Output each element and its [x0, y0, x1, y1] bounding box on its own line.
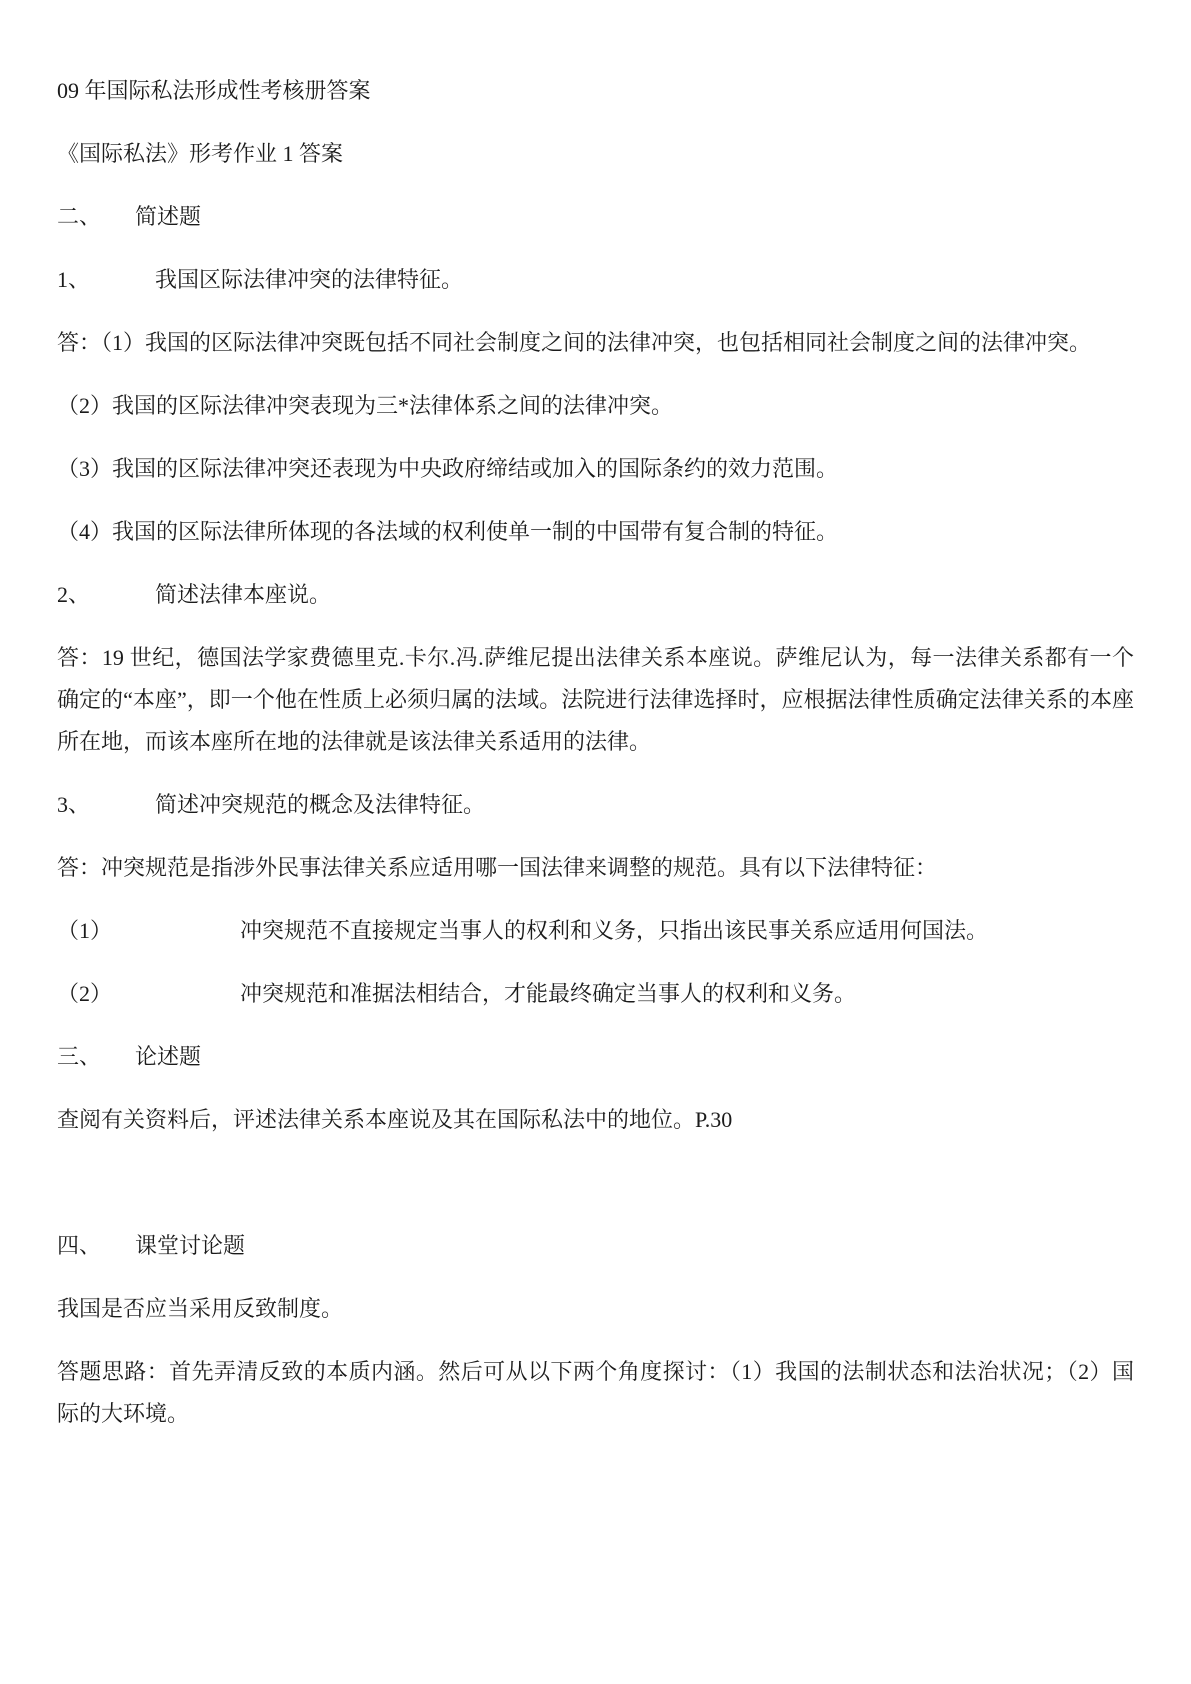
- section-heading-3: 三、 论述题: [57, 1036, 1134, 1078]
- question-1: 1、 我国区际法律冲突的法律特征。: [57, 259, 1134, 301]
- question-number: 2、: [57, 574, 155, 616]
- answer-item-1: （1） 冲突规范不直接规定当事人的权利和义务，只指出该民事关系应适用何国法。: [57, 910, 1134, 952]
- question-2: 2、 简述法律本座说。: [57, 574, 1134, 616]
- question-text: 简述法律本座说。: [155, 574, 1134, 616]
- doc-title: 09 年国际私法形成性考核册答案: [57, 70, 1134, 112]
- answer-item-2: （2） 冲突规范和准据法相结合，才能最终确定当事人的权利和义务。: [57, 973, 1134, 1015]
- question-text: 简述冲突规范的概念及法律特征。: [155, 784, 1134, 826]
- section-title: 课堂讨论题: [135, 1225, 1134, 1267]
- section-title: 简述题: [135, 196, 1134, 238]
- section-heading-4: 四、 课堂讨论题: [57, 1225, 1134, 1267]
- answer-point-3: （3）我国的区际法律冲突还表现为中央政府缔结或加入的国际条约的效力范围。: [57, 448, 1134, 490]
- discussion-question-text: 我国是否应当采用反致制度。: [57, 1288, 1134, 1330]
- section-number: 二、: [57, 196, 135, 238]
- question-3: 3、 简述冲突规范的概念及法律特征。: [57, 784, 1134, 826]
- section-number: 三、: [57, 1036, 135, 1078]
- item-text: 冲突规范不直接规定当事人的权利和义务，只指出该民事关系应适用何国法。: [240, 910, 1134, 952]
- question-number: 3、: [57, 784, 155, 826]
- answer-paragraph: 答：冲突规范是指涉外民事法律关系应适用哪一国法律来调整的规范。具有以下法律特征：: [57, 847, 1134, 889]
- section-heading-2: 二、 简述题: [57, 196, 1134, 238]
- item-number: （1）: [57, 910, 240, 952]
- answer-point-4: （4）我国的区际法律所体现的各法域的权利使单一制的中国带有复合制的特征。: [57, 511, 1134, 553]
- item-number: （2）: [57, 973, 240, 1015]
- question-number: 1、: [57, 259, 155, 301]
- section-title: 论述题: [135, 1036, 1134, 1078]
- document-page: 09 年国际私法形成性考核册答案 《国际私法》形考作业 1 答案 二、 简述题 …: [0, 0, 1191, 1684]
- essay-question-text: 查阅有关资料后，评述法律关系本座说及其在国际私法中的地位。P.30: [57, 1099, 1134, 1141]
- answer-paragraph: 答：（1）我国的区际法律冲突既包括不同社会制度之间的法律冲突，也包括相同社会制度…: [57, 322, 1134, 364]
- empty-paragraph: [57, 1162, 1134, 1204]
- answer-paragraph: 答：19 世纪，德国法学家费德里克.卡尔.冯.萨维尼提出法律关系本座说。萨维尼认…: [57, 637, 1134, 763]
- doc-subtitle: 《国际私法》形考作业 1 答案: [57, 133, 1134, 175]
- question-text: 我国区际法律冲突的法律特征。: [155, 259, 1134, 301]
- section-number: 四、: [57, 1225, 135, 1267]
- answer-point-2: （2）我国的区际法律冲突表现为三*法律体系之间的法律冲突。: [57, 385, 1134, 427]
- item-text: 冲突规范和准据法相结合，才能最终确定当事人的权利和义务。: [240, 973, 1134, 1015]
- answer-hint-paragraph: 答题思路：首先弄清反致的本质内涵。然后可从以下两个角度探讨：（1）我国的法制状态…: [57, 1351, 1134, 1435]
